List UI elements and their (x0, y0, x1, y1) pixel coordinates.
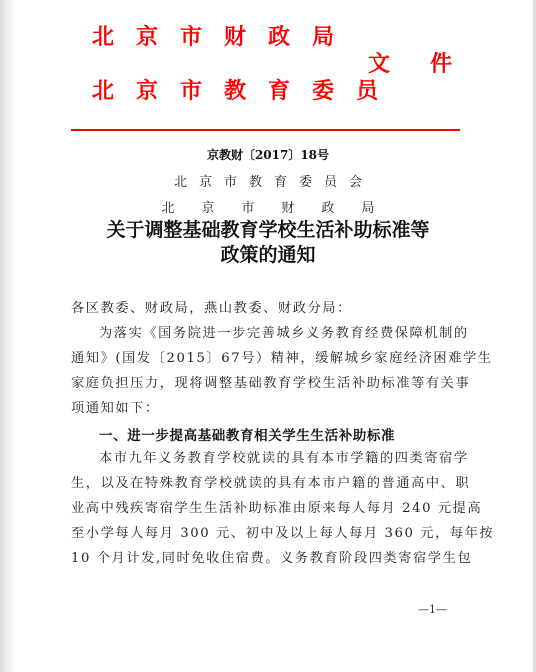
section-heading-1: 一、进一步提高基础教育相关学生生活补助标准 (99, 424, 395, 444)
header-char: 京 (136, 74, 180, 105)
issuer-finance-bureau: 北京市财政局 (0, 197, 536, 216)
intro-line: 项通知如下： (71, 396, 465, 421)
issuer-education-commission: 北京市教育委员会 (0, 171, 536, 190)
section-1-line: 生，以及在特殊教育学校就读的具有本市户籍的普通高中、职 (71, 471, 465, 496)
header-char: 委 (312, 74, 356, 105)
header-agency-education: 北京市教育委员 (92, 74, 400, 105)
section-1-line: 本市九年义务教育学校就读的具有本市学籍的四类寄宿学 (71, 446, 465, 471)
header-red-rule (71, 129, 460, 131)
page-number: —1— (418, 603, 447, 616)
header-char: 市 (180, 20, 224, 51)
intro-line: 通知》(国发〔2015〕67号）精神，缓解城乡家庭经济困难学生 (71, 346, 465, 371)
document-title-line-2: 政策的通知 (0, 243, 536, 267)
intro-line: 为落实《国务院进一步完善城乡义务教育经费保障机制的 (71, 321, 465, 346)
document-title-line-1: 关于调整基础教育学校生活补助标准等 (0, 218, 536, 242)
header-char: 件 (430, 47, 492, 78)
document-page: 北京市财政局 文件 北京市教育委员 京教财〔2017〕18号 北京市教育委员会 … (0, 0, 536, 672)
header-char: 教 (224, 74, 268, 105)
header-agency-finance: 北京市财政局 (92, 20, 356, 51)
header-char: 北 (92, 20, 136, 51)
header-char: 财 (224, 20, 268, 51)
section-1-line: 10 个月计发,同时免收住宿费。义务教育阶段四类寄宿学生包 (71, 546, 465, 571)
section-1-line: 业高中残疾寄宿学生生活补助标准由原来每人每月 240 元提高 (71, 496, 465, 521)
recipients-line: 各区教委、财政局，燕山教委、财政分局： (71, 296, 465, 321)
header-char: 局 (312, 20, 356, 51)
section-1-line: 至小学每人每月 300 元、初中及以上每人每月 360 元，每年按 (71, 521, 465, 546)
intro-line: 家庭负担压力，现将调整基础教育学校生活补助标准等有关事 (71, 371, 465, 396)
header-char: 北 (92, 74, 136, 105)
header-char: 育 (268, 74, 312, 105)
header-char: 市 (180, 74, 224, 105)
header-char: 政 (268, 20, 312, 51)
document-number: 京教财〔2017〕18号 (0, 146, 536, 163)
header-char: 员 (356, 74, 400, 105)
header-char: 京 (136, 20, 180, 51)
